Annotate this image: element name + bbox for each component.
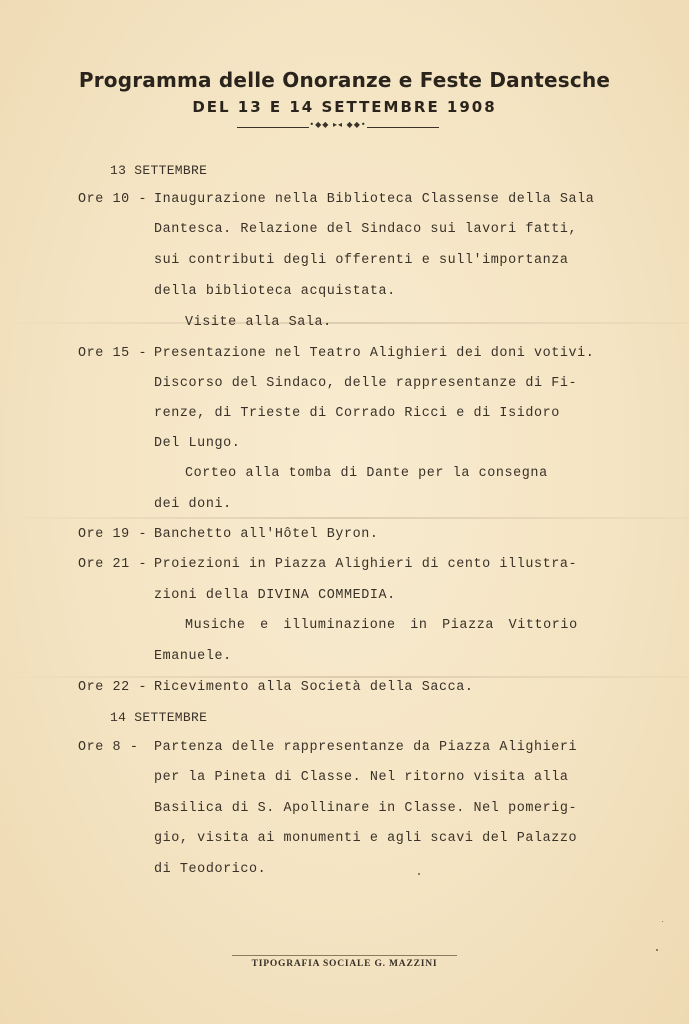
day-heading: 13 SETTEMBRE: [110, 163, 207, 178]
document-subtitle: DEL 13 E 14 SETTEMBRE 1908: [0, 98, 689, 116]
event-note: Musiche e illuminazione in Piazza Vittor…: [185, 618, 578, 633]
event-line: Inaugurazione nella Biblioteca Classense…: [154, 192, 594, 207]
event-line: Ricevimento alla Società della Sacca.: [154, 680, 474, 695]
fold-crease: [0, 676, 689, 678]
ornament-divider: •◆◆ ▸◂ ◆◆•: [237, 124, 439, 132]
event-note-continued: dei doni.: [154, 497, 232, 512]
ink-speck: [418, 873, 420, 875]
ornament-line-right: [367, 127, 439, 128]
event-line: Partenza delle rappresentanze da Piazza …: [154, 740, 577, 755]
event-note: Corteo alla tomba di Dante per la conseg…: [185, 466, 548, 481]
event-line: Presentazione nel Teatro Alighieri dei d…: [154, 346, 594, 361]
event-time: Ore 19 -: [78, 527, 147, 542]
fold-crease: [0, 517, 689, 519]
footer-rule: [232, 955, 457, 956]
fold-crease: [0, 322, 689, 324]
event-time: Ore 21 -: [78, 557, 147, 572]
event-note: Visite alla Sala.: [185, 315, 332, 330]
event-line: zioni della DIVINA COMMEDIA.: [154, 588, 396, 603]
event-time: Ore 22 -: [78, 680, 147, 695]
event-line: sui contributi degli offerenti e sull'im…: [154, 253, 569, 268]
event-line: Dantesca. Relazione del Sindaco sui lavo…: [154, 222, 577, 237]
event-line: gio, visita ai monumenti e agli scavi de…: [154, 831, 577, 846]
ink-speck: [662, 921, 663, 922]
paper-background: [0, 0, 689, 1024]
event-line: Discorso del Sindaco, delle rappresentan…: [154, 376, 577, 391]
event-time: Ore 8 -: [78, 740, 138, 755]
event-line: Basilica di S. Apollinare in Classe. Nel…: [154, 801, 577, 816]
ink-speck: [656, 949, 658, 951]
event-time: Ore 15 -: [78, 346, 147, 361]
event-line: Del Lungo.: [154, 436, 240, 451]
event-note-continued: Emanuele.: [154, 649, 232, 664]
day-heading: 14 SETTEMBRE: [110, 710, 207, 725]
event-line: Proiezioni in Piazza Alighieri di cento …: [154, 557, 577, 572]
event-line: Banchetto all'Hôtel Byron.: [154, 527, 379, 542]
event-line: della biblioteca acquistata.: [154, 284, 396, 299]
document-title: Programma delle Onoranze e Feste Dantesc…: [0, 68, 689, 92]
ornament-line-left: [237, 127, 309, 128]
event-line: per la Pineta di Classe. Nel ritorno vis…: [154, 770, 569, 785]
printer-imprint: TIPOGRAFIA SOCIALE G. MAZZINI: [0, 959, 689, 969]
event-line: renze, di Trieste di Corrado Ricci e di …: [154, 406, 560, 421]
ornament-glyphs: •◆◆ ▸◂ ◆◆•: [307, 120, 369, 129]
event-line: di Teodorico.: [154, 862, 266, 877]
event-time: Ore 10 -: [78, 192, 147, 207]
